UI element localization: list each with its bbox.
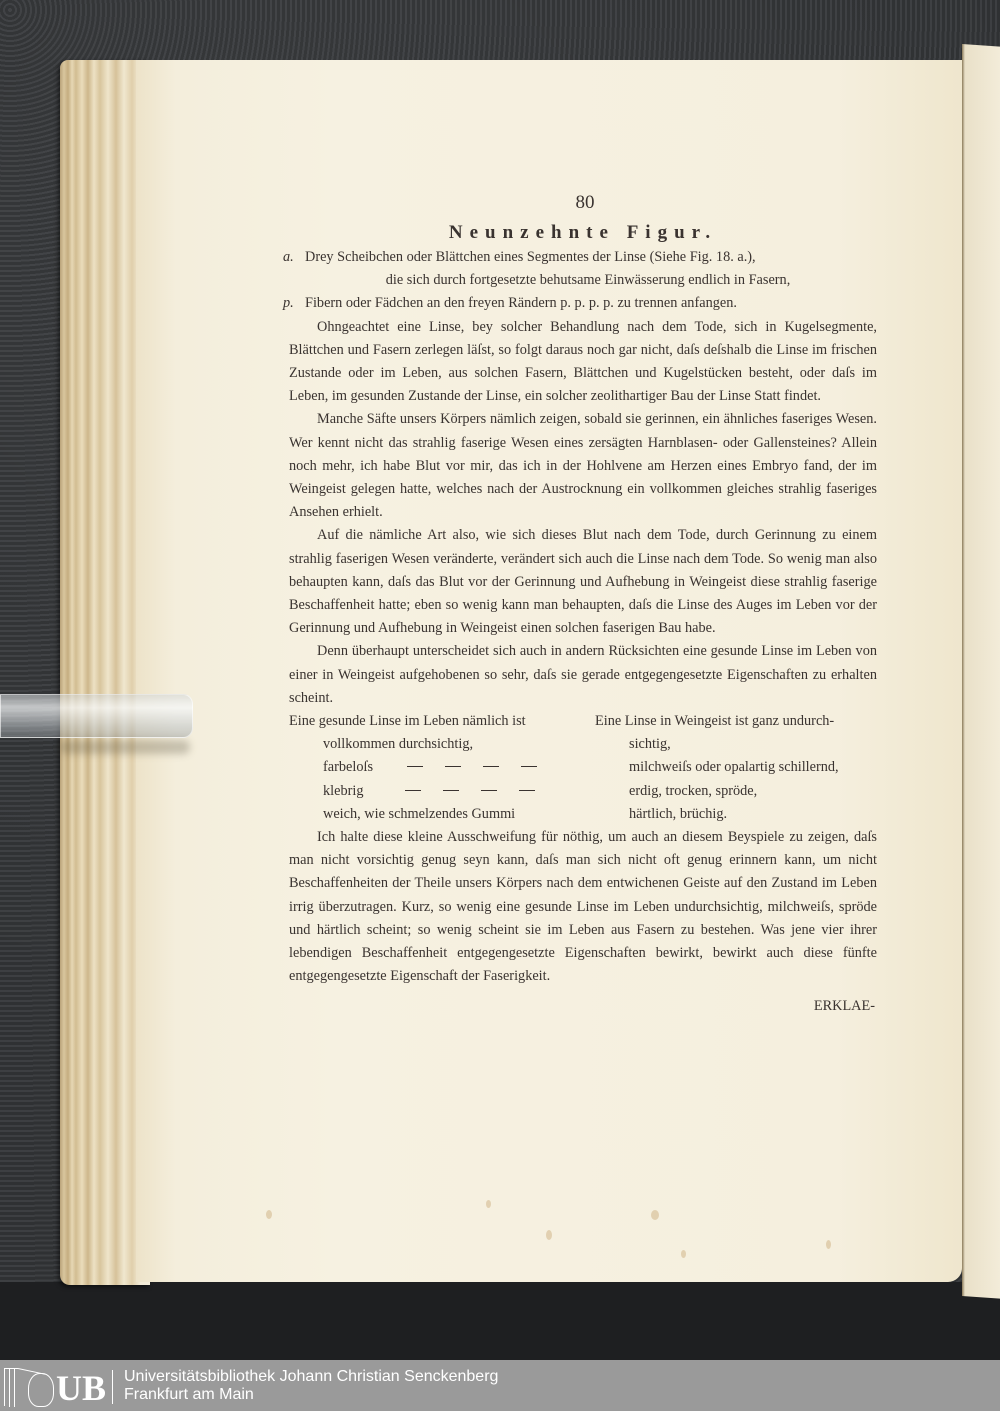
foxing-spot	[266, 1210, 272, 1219]
comparison-left-cell: vollkommen durchsichtig,	[289, 733, 595, 756]
comparison-table: Eine gesunde Linse im Leben nämlich ist …	[289, 710, 877, 826]
legend-item: a. Drey Scheibchen oder Blättchen eines …	[289, 246, 877, 269]
legend-continuation: die sich durch fortgesetzte behutsame Ei…	[289, 269, 877, 292]
facing-page-edge	[962, 44, 1000, 1299]
paragraph: Ich halte diese kleine Ausschweifung für…	[289, 826, 877, 988]
legend-text: Fibern oder Fädchen an den freyen Ränder…	[305, 292, 877, 315]
legend-key: a.	[283, 246, 305, 269]
portrait-icon	[28, 1373, 54, 1407]
comparison-right-cell: erdig, trocken, spröde,	[595, 780, 877, 803]
comparison-left-text: klebrig	[323, 783, 364, 799]
institution-city: Frankfurt am Main	[124, 1386, 498, 1404]
logo-divider	[112, 1370, 113, 1404]
comparison-right-header: Eine Linse in Weingeist ist ganz undurch…	[595, 710, 877, 733]
comparison-left-cell: farbeloſs	[289, 756, 595, 779]
comparison-right-cell: milchweiſs oder opalartig schillernd,	[595, 756, 877, 779]
paragraph: Ohngeachtet eine Linse, bey solcher Beha…	[289, 316, 877, 409]
comparison-right-cell: sichtig,	[595, 733, 877, 756]
foxing-spot	[546, 1230, 552, 1240]
legend-item: p. Fibern oder Fädchen an den freyen Rän…	[289, 292, 877, 315]
comparison-left-cell: klebrig	[289, 780, 595, 803]
ub-logo: UB	[0, 1360, 118, 1411]
foxing-spot	[651, 1210, 659, 1220]
figure-title: Neunzehnte Figur.	[289, 220, 877, 246]
ditto-dashes	[405, 794, 535, 795]
institution-name: Universitätsbibliothek Johann Christian …	[124, 1368, 498, 1386]
legend-key: p.	[283, 292, 305, 315]
paragraph: Denn überhaupt unterscheidet sich auch i…	[289, 640, 877, 710]
ditto-dashes	[407, 770, 537, 771]
glass-page-weight	[0, 694, 193, 738]
page-text: 80 Neunzehnte Figur. a. Drey Scheibchen …	[289, 190, 877, 1018]
logo-text: UB	[56, 1368, 106, 1408]
comparison-left-text: farbeloſs	[323, 759, 373, 775]
paragraph: Auf die nämliche Art also, wie sich dies…	[289, 524, 877, 640]
logo-column-lines	[4, 1368, 18, 1406]
catchword: ERKLAE-	[289, 995, 877, 1018]
page-number: 80	[289, 190, 877, 216]
glass-rod-shadow	[60, 740, 190, 754]
comparison-right-cell: härtlich, brüchig.	[595, 803, 877, 826]
paragraph: Manche Säfte unsers Körpers nämlich zeig…	[289, 408, 877, 524]
foxing-spot	[826, 1240, 831, 1249]
footer-text: Universitätsbibliothek Johann Christian …	[124, 1368, 498, 1404]
comparison-left-cell: weich, wie schmelzendes Gummi	[289, 803, 595, 826]
foxing-spot	[486, 1200, 491, 1208]
foxing-spot	[681, 1250, 686, 1258]
legend-text: Drey Scheibchen oder Blättchen eines Seg…	[305, 246, 877, 269]
library-footer-banner: UB Universitätsbibliothek Johann Christi…	[0, 1360, 1000, 1411]
book-cover-shadow	[0, 1282, 1000, 1360]
comparison-left-header: Eine gesunde Linse im Leben nämlich ist	[289, 710, 595, 733]
